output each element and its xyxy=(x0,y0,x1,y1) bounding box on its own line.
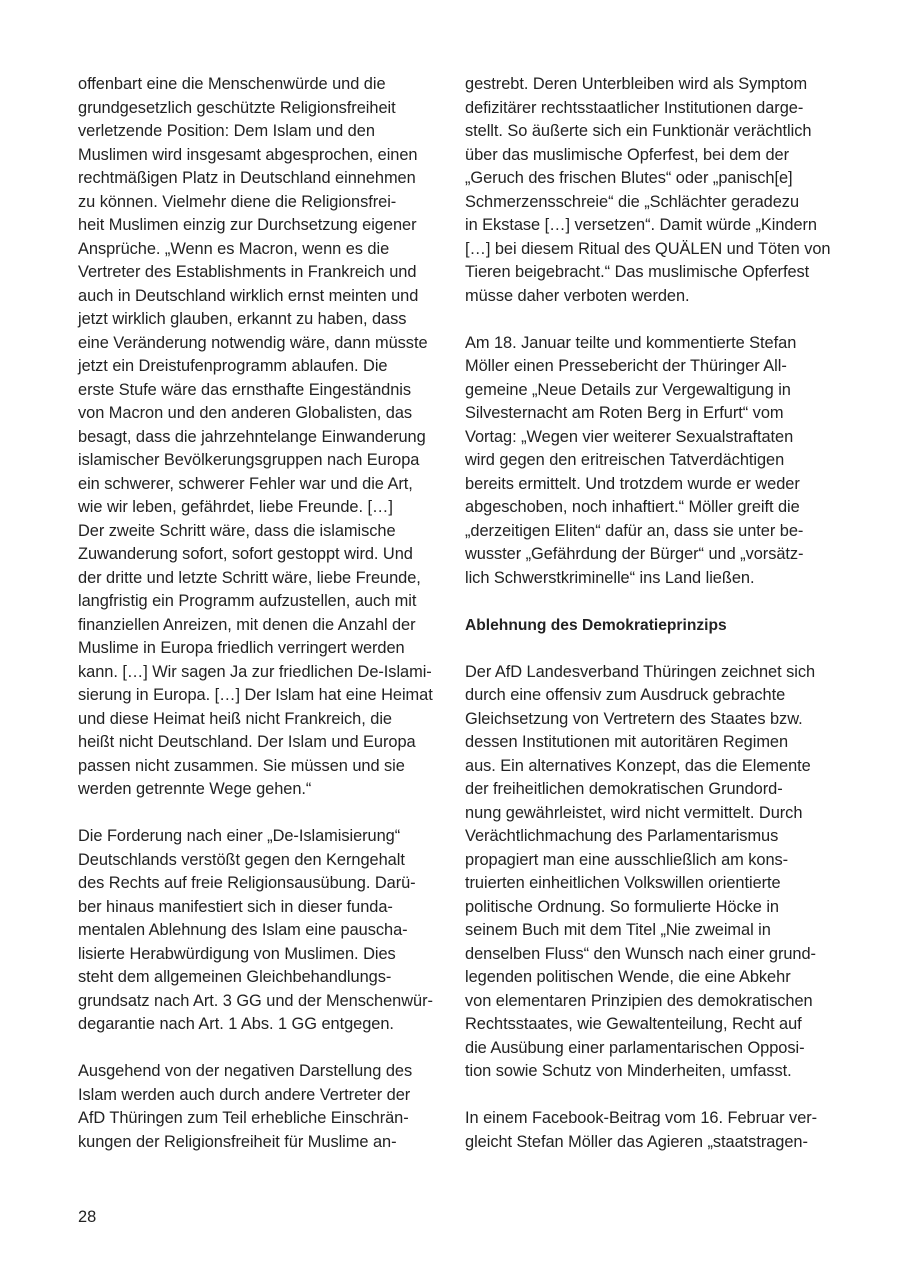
text-line: passen nicht zusammen. Sie müssen und si… xyxy=(78,755,440,779)
text-line: truierten einheitlichen Volkswillen orie… xyxy=(465,872,827,896)
text-line: die Ausübung einer parlamentarischen Opp… xyxy=(465,1037,827,1061)
text-line: sierung in Europa. […] Der Islam hat ein… xyxy=(78,684,440,708)
text-line: degarantie nach Art. 1 Abs. 1 GG entgege… xyxy=(78,1013,440,1037)
text-line: finanziellen Anreizen, mit denen die Anz… xyxy=(78,614,440,638)
text-line: werden getrennte Wege gehen.“ xyxy=(78,778,440,802)
text-line: Vortag: „Wegen vier weiterer Sexualstraf… xyxy=(465,426,827,450)
document-page: offenbart eine die Menschenwürde und die… xyxy=(0,0,900,1276)
text-line: durch eine offensiv zum Ausdruck gebrach… xyxy=(465,684,827,708)
text-line: ber hinaus manifestiert sich in dieser f… xyxy=(78,896,440,920)
text-line: Islam werden auch durch andere Vertreter… xyxy=(78,1084,440,1108)
paragraph-facebook-post: In einem Facebook-Beitrag vom 16. Februa… xyxy=(465,1107,827,1154)
text-line: AfD Thüringen zum Teil erhebliche Einsch… xyxy=(78,1107,440,1131)
text-line: grundsatz nach Art. 3 GG und der Mensche… xyxy=(78,990,440,1014)
text-line: wie wir leben, gefährdet, liebe Freunde.… xyxy=(78,496,440,520)
text-line: abgeschoben, noch inhaftiert.“ Möller gr… xyxy=(465,496,827,520)
text-line: jetzt ein Dreistufenprogramm ablaufen. D… xyxy=(78,355,440,379)
text-line: auch in Deutschland wirklich ernst meint… xyxy=(78,285,440,309)
text-line: ein schwerer, schwerer Fehler war und di… xyxy=(78,473,440,497)
text-line: gestrebt. Deren Unterbleiben wird als Sy… xyxy=(465,73,827,97)
text-line: Ausgehend von der negativen Darstellung … xyxy=(78,1060,440,1084)
text-line: Tieren beigebracht.“ Das muslimische Opf… xyxy=(465,261,827,285)
text-line: mentalen Ablehnung des Islam eine pausch… xyxy=(78,919,440,943)
text-line: über das muslimische Opferfest, bei dem … xyxy=(465,144,827,168)
text-line: rechtmäßigen Platz in Deutschland einneh… xyxy=(78,167,440,191)
text-line: Verächtlichmachung des Parlamentarismus xyxy=(465,825,827,849)
text-line: jetzt wirklich glauben, erkannt zu haben… xyxy=(78,308,440,332)
text-line: gleicht Stefan Möller das Agieren „staat… xyxy=(465,1131,827,1155)
text-line: offenbart eine die Menschenwürde und die xyxy=(78,73,440,97)
text-line: von Macron und den anderen Globalisten, … xyxy=(78,402,440,426)
text-line: stellt. So äußerte sich ein Funktionär v… xyxy=(465,120,827,144)
text-line: propagiert man eine ausschließlich am ko… xyxy=(465,849,827,873)
text-line: Rechtsstaates, wie Gewaltenteilung, Rech… xyxy=(465,1013,827,1037)
paragraph-democracy: Der AfD Landesverband Thüringen zeichnet… xyxy=(465,661,827,1084)
text-line: defizitärer rechtsstaatlicher Institutio… xyxy=(465,97,827,121)
page-number: 28 xyxy=(78,1206,96,1228)
text-line: verletzende Position: Dem Islam und den xyxy=(78,120,440,144)
text-line: denselben Fluss“ den Wunsch nach einer g… xyxy=(465,943,827,967)
text-line: lich Schwerstkriminelle“ ins Land ließen… xyxy=(465,567,827,591)
text-line: aus. Ein alternatives Konzept, das die E… xyxy=(465,755,827,779)
text-line: müsse daher verboten werden. xyxy=(465,285,827,309)
text-line: erste Stufe wäre das ernsthafte Eingestä… xyxy=(78,379,440,403)
paragraph-opferfest: gestrebt. Deren Unterbleiben wird als Sy… xyxy=(465,73,827,308)
text-line: Schmerzensschreie“ die „Schlächter gerad… xyxy=(465,191,827,215)
text-line: eine Veränderung notwendig wäre, dann mü… xyxy=(78,332,440,356)
text-line: besagt, dass die jahrzehntelange Einwand… xyxy=(78,426,440,450)
text-line: Vertreter des Establishments in Frankrei… xyxy=(78,261,440,285)
text-line: Die Forderung nach einer „De-Islamisieru… xyxy=(78,825,440,849)
text-line: kungen der Religionsfreiheit für Muslime… xyxy=(78,1131,440,1155)
left-column: offenbart eine die Menschenwürde und die… xyxy=(78,73,440,1178)
text-line: gemeine „Neue Details zur Vergewaltigung… xyxy=(465,379,827,403)
section-heading: Ablehnung des Demokratieprinzips xyxy=(465,614,827,638)
text-line: lisierte Herabwürdigung von Muslimen. Di… xyxy=(78,943,440,967)
text-line: Möller einen Pressebericht der Thüringer… xyxy=(465,355,827,379)
text-line: „Geruch des frischen Blutes“ oder „panis… xyxy=(465,167,827,191)
text-line: Muslimen wird insgesamt abgesprochen, ei… xyxy=(78,144,440,168)
text-line: heißt nicht Deutschland. Der Islam und E… xyxy=(78,731,440,755)
text-line: politische Ordnung. So formulierte Höcke… xyxy=(465,896,827,920)
text-line: wird gegen den eritreischen Tatverdächti… xyxy=(465,449,827,473)
text-line: islamischer Bevölkerungsgruppen nach Eur… xyxy=(78,449,440,473)
text-line: Deutschlands verstößt gegen den Kerngeha… xyxy=(78,849,440,873)
text-line: Zuwanderung sofort, sofort gestoppt wird… xyxy=(78,543,440,567)
text-line: zu können. Vielmehr diene die Religionsf… xyxy=(78,191,440,215)
text-line: Ansprüche. „Wenn es Macron, wenn es die xyxy=(78,238,440,262)
text-line: kann. […] Wir sagen Ja zur friedlichen D… xyxy=(78,661,440,685)
text-line: Am 18. Januar teilte und kommentierte St… xyxy=(465,332,827,356)
text-line: und diese Heimat heiß nicht Frankreich, … xyxy=(78,708,440,732)
text-line: dessen Institutionen mit autoritären Reg… xyxy=(465,731,827,755)
paragraph-quote-de-islamisierung: offenbart eine die Menschenwürde und die… xyxy=(78,73,440,802)
text-line: Muslime in Europa friedlich verringert w… xyxy=(78,637,440,661)
text-line: wusster „Gefährdung der Bürger“ und „vor… xyxy=(465,543,827,567)
text-line: heit Muslimen einzig zur Durchsetzung ei… xyxy=(78,214,440,238)
text-line: Gleichsetzung von Vertretern des Staates… xyxy=(465,708,827,732)
text-line: tion sowie Schutz von Minderheiten, umfa… xyxy=(465,1060,827,1084)
text-line: bereits ermittelt. Und trotzdem wurde er… xyxy=(465,473,827,497)
text-line: „derzeitigen Eliten“ dafür an, dass sie … xyxy=(465,520,827,544)
text-line: in Ekstase […] versetzen“. Damit würde „… xyxy=(465,214,827,238)
text-line: der freiheitlichen demokratischen Grundo… xyxy=(465,778,827,802)
text-line: steht dem allgemeinen Gleichbehandlungs- xyxy=(78,966,440,990)
paragraph-restrictions: Ausgehend von der negativen Darstellung … xyxy=(78,1060,440,1154)
paragraph-religious-freedom: Die Forderung nach einer „De-Islamisieru… xyxy=(78,825,440,1037)
text-line: grundgesetzlich geschützte Religionsfrei… xyxy=(78,97,440,121)
text-line: von elementaren Prinzipien des demokrati… xyxy=(465,990,827,1014)
text-line: des Rechts auf freie Religionsausübung. … xyxy=(78,872,440,896)
text-line: legenden politischen Wende, die eine Abk… xyxy=(465,966,827,990)
text-line: der dritte und letzte Schritt wäre, lieb… xyxy=(78,567,440,591)
text-line: Der AfD Landesverband Thüringen zeichnet… xyxy=(465,661,827,685)
text-line: Der zweite Schritt wäre, dass die islami… xyxy=(78,520,440,544)
text-line: In einem Facebook-Beitrag vom 16. Februa… xyxy=(465,1107,827,1131)
text-line: […] bei diesem Ritual des QUÄLEN und Töt… xyxy=(465,238,827,262)
right-column: gestrebt. Deren Unterbleiben wird als Sy… xyxy=(465,73,827,1178)
text-line: nung gewährleistet, wird nicht vermittel… xyxy=(465,802,827,826)
text-line: Silvesternacht am Roten Berg in Erfurt“ … xyxy=(465,402,827,426)
text-line: langfristig ein Programm aufzustellen, a… xyxy=(78,590,440,614)
paragraph-press-report: Am 18. Januar teilte und kommentierte St… xyxy=(465,332,827,591)
text-line: seinem Buch mit dem Titel „Nie zweimal i… xyxy=(465,919,827,943)
